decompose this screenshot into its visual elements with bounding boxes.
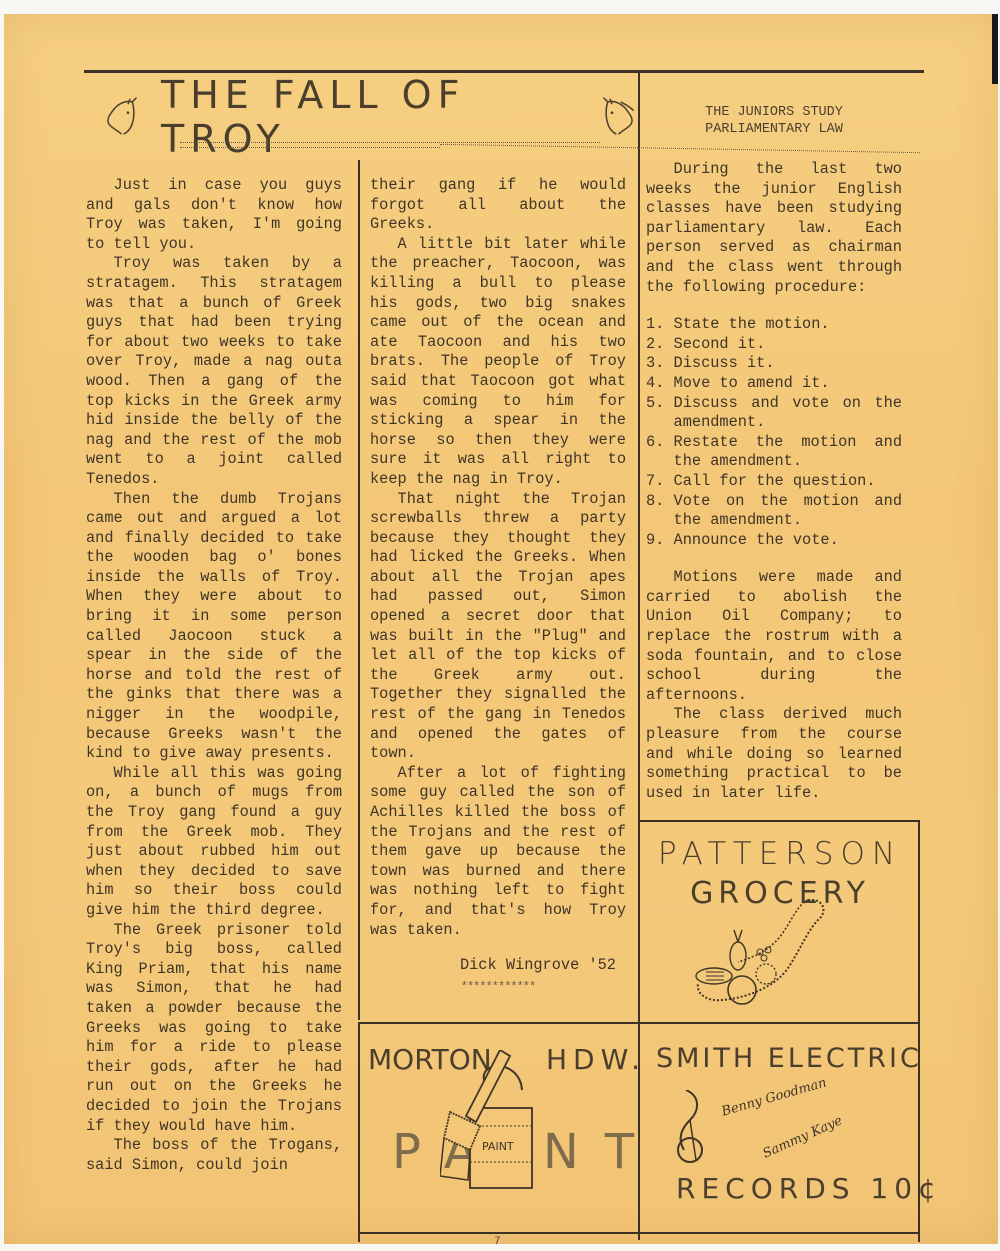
paragraph: Then the dumb Trojans came out and argue… <box>86 490 342 764</box>
step-number: 8. <box>646 492 674 531</box>
paragraph: The boss of the Trogans, said Simon, cou… <box>86 1136 342 1175</box>
paragraph: While all this was going on, a bunch of … <box>86 764 342 921</box>
procedure-step: 6.Restate the motion and the amendment. <box>646 433 902 472</box>
ad-smith-name: SMITH ELECTRIC <box>656 1043 922 1074</box>
paragraph: During the last two weeks the junior Eng… <box>646 160 902 297</box>
separator: ************ <box>370 978 626 998</box>
ad-patterson-name: PATTERSON <box>650 836 910 872</box>
ad-smith-records: RECORDS 10¢ <box>676 1172 942 1205</box>
procedure-step: 8.Vote on the motion and the amendment. <box>646 492 902 531</box>
paintbrush-can-icon: PAINT <box>440 1050 580 1200</box>
step-number: 1. <box>646 315 674 335</box>
page-number: 7 <box>494 1236 501 1248</box>
paragraph: The class derived much pleasure from the… <box>646 705 902 803</box>
step-text: Second it. <box>674 335 766 355</box>
column-divider-left <box>358 160 360 1020</box>
article-column-1: Just in case you guys and gals don't kno… <box>86 176 342 1175</box>
ad-box-left <box>358 1022 360 1242</box>
step-text: Call for the question. <box>674 472 876 492</box>
side-title-line-1: THE JUNIORS STUDY <box>646 104 902 121</box>
music-notes-icon <box>670 1090 730 1170</box>
paragraph: The Greek prisoner told Troy's big boss,… <box>86 921 342 1137</box>
paragraph: After a lot of fighting some guy called … <box>370 764 626 940</box>
article-column-2: their gang if he would forgot all about … <box>370 176 626 997</box>
step-text: Discuss it. <box>674 354 775 374</box>
paragraph: A little bit later while the preacher, T… <box>370 235 626 490</box>
step-number: 2. <box>646 335 674 355</box>
procedure-step: 5.Discuss and vote on the amendment. <box>646 394 902 433</box>
step-number: 5. <box>646 394 674 433</box>
procedure-step: 9.Announce the vote. <box>646 531 902 551</box>
step-number: 9. <box>646 531 674 551</box>
paint-can-label: PAINT <box>482 1140 514 1153</box>
byline: Dick Wingrove '52 <box>370 956 626 976</box>
ad-box-bottom <box>358 1232 920 1234</box>
ad-box-top-bottom-row <box>358 1022 920 1024</box>
side-title-line-2: PARLIAMENTARY LAW <box>646 121 902 138</box>
step-number: 7. <box>646 472 674 492</box>
side-article-title: THE JUNIORS STUDY PARLIAMENTARY LAW <box>646 104 902 138</box>
paragraph: Troy was taken by a stratagem. This stra… <box>86 254 342 489</box>
procedure-step: 4.Move to amend it. <box>646 374 902 394</box>
cornucopia-icon <box>668 890 838 1020</box>
step-text: Vote on the motion and the amendment. <box>674 492 902 531</box>
procedure-list: 1.State the motion.2.Second it.3.Discuss… <box>646 315 902 550</box>
step-number: 4. <box>646 374 674 394</box>
step-text: Announce the vote. <box>674 531 839 551</box>
side-article-body: During the last two weeks the junior Eng… <box>646 160 902 803</box>
procedure-step: 1.State the motion. <box>646 315 902 335</box>
step-number: 3. <box>646 354 674 374</box>
paragraph: Just in case you guys and gals don't kno… <box>86 176 342 254</box>
paragraph: their gang if he would forgot all about … <box>370 176 626 235</box>
paragraph: That night the Trojan screwballs threw a… <box>370 490 626 764</box>
step-text: State the motion. <box>674 315 830 335</box>
step-text: Discuss and vote on the amendment. <box>674 394 902 433</box>
procedure-step: 3.Discuss it. <box>646 354 902 374</box>
step-text: Move to amend it. <box>674 374 830 394</box>
horse-head-icon <box>100 94 143 140</box>
step-number: 6. <box>646 433 674 472</box>
ad-box-top-patterson <box>638 820 920 822</box>
paragraph: Motions were made and carried to abolish… <box>646 568 902 705</box>
headline-underline <box>180 147 440 148</box>
headline-underline <box>180 142 600 143</box>
step-text: Restate the motion and the amendment. <box>674 433 902 472</box>
procedure-step: 7.Call for the question. <box>646 472 902 492</box>
article-headline: THE FALL OF TROY <box>100 92 640 142</box>
procedure-step: 2.Second it. <box>646 335 902 355</box>
horse-head-icon <box>597 94 640 140</box>
